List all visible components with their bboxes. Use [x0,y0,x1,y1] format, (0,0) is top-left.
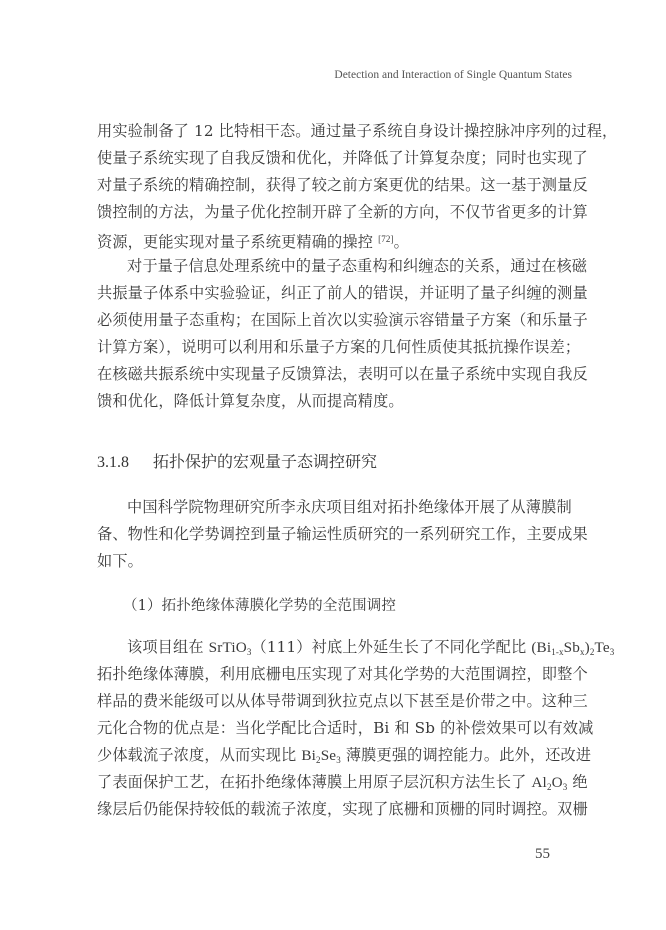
text-span: 。 [394,233,409,251]
section-heading: 3.1.8拓扑保护的宏观量子态调控研究 [97,449,377,472]
page-number: 55 [535,846,550,863]
subsection-heading: （1）拓扑绝缘体薄膜化学势的全范围调控 [123,596,593,616]
text-line: 馈和优化，降低计算复杂度，从而提高精度。 [97,391,567,411]
text-span: 了表面保护工艺，在拓扑绝缘体薄膜上用原子层沉积方法生长了 [97,773,531,791]
section-number: 3.1.8 [97,454,153,472]
text-line: 少体载流子浓度，从而实现比 Bi2Se3 薄膜更强的调控能力。此外，还改进 [97,745,567,770]
section-title: 拓扑保护的宏观量子态调控研究 [153,452,377,471]
formula: Al [531,774,547,791]
text-line: 对于量子信息处理系统中的量子态重构和纠缠态的关系，通过在核磁 [127,256,597,276]
text-line: 拓扑绝缘体薄膜，利用底栅电压实现了对其化学势的大范围调控，即整个 [97,664,567,684]
text-span: 薄膜更强的调控能力。此外，还改进 [341,746,591,764]
formula: Te [595,639,610,656]
text-line: 缘层后仍能保持较低的载流子浓度，实现了底栅和顶栅的同时调控。双栅 [97,799,567,819]
text-line: 中国科学院物理研究所李永庆项目组对拓扑绝缘体开展了从薄膜制 [127,497,597,517]
formula: (Bi [531,639,551,656]
text-line: 馈控制的方法，为量子优化控制开辟了全新的方向，不仅节省更多的计算 [97,202,567,222]
text-span: 资源，更能实现对量子系统更精确的操控 [97,233,378,251]
text-line: 该项目组在 SrTiO3（111）衬底上外延生长了不同化学配比 (Bi1-xSb… [127,637,597,662]
formula: Se [321,747,337,764]
text-span: （111）衬底上外延生长了不同化学配比 [252,638,532,656]
text-line: 在核磁共振系统中实现量子反馈算法，表明可以在量子系统中实现自我反 [97,364,567,384]
text-line: 了表面保护工艺，在拓扑绝缘体薄膜上用原子层沉积方法生长了 Al2O3 绝 [97,772,567,797]
formula: Bi [301,747,316,764]
text-line: 资源，更能实现对量子系统更精确的操控 [72]。 [97,229,567,252]
text-span: 少体载流子浓度，从而实现比 [97,746,301,764]
text-line: 如下。 [97,551,567,571]
text-line: 使量子系统实现了自我反馈和优化，并降低了计算复杂度；同时也实现了 [97,148,567,168]
subscript: 3 [610,647,615,657]
text-span: 该项目组在 [127,638,209,656]
formula: SrTiO [209,639,247,656]
text-span: 绝 [567,773,587,791]
text-line: 必须使用量子态重构；在国际上首次以实验演示容错量子方案（和乐量子 [97,310,567,330]
subscript: 1-x [551,647,563,657]
citation-ref[interactable]: [72] [378,234,394,244]
running-header: Detection and Interaction of Single Quan… [334,69,572,81]
formula: O [552,774,563,791]
text-line: 计算方案），说明可以利用和乐量子方案的几何性质使其抵抗操作误差； [97,337,567,357]
text-line: 样品的费米能级可以从体导带调到狄拉克点以下甚至是价带之中。这种三 [97,691,567,711]
text-line: 元化合物的优点是：当化学配比合适时，Bi 和 Sb 的补偿效果可以有效减 [97,718,567,738]
text-line: 对量子系统的精确控制，获得了较之前方案更优的结果。这一基于测量反 [97,175,567,195]
text-line: 备、物性和化学势调控到量子输运性质研究的一系列研究工作，主要成果 [97,524,567,544]
text-line: 用实验制备了 12 比特相干态。通过量子系统自身设计操控脉冲序列的过程， [97,121,567,141]
text-line: 共振量子体系中实验验证，纠正了前人的错误，并证明了量子纠缠的测量 [97,283,567,303]
formula: Sb [564,639,580,656]
